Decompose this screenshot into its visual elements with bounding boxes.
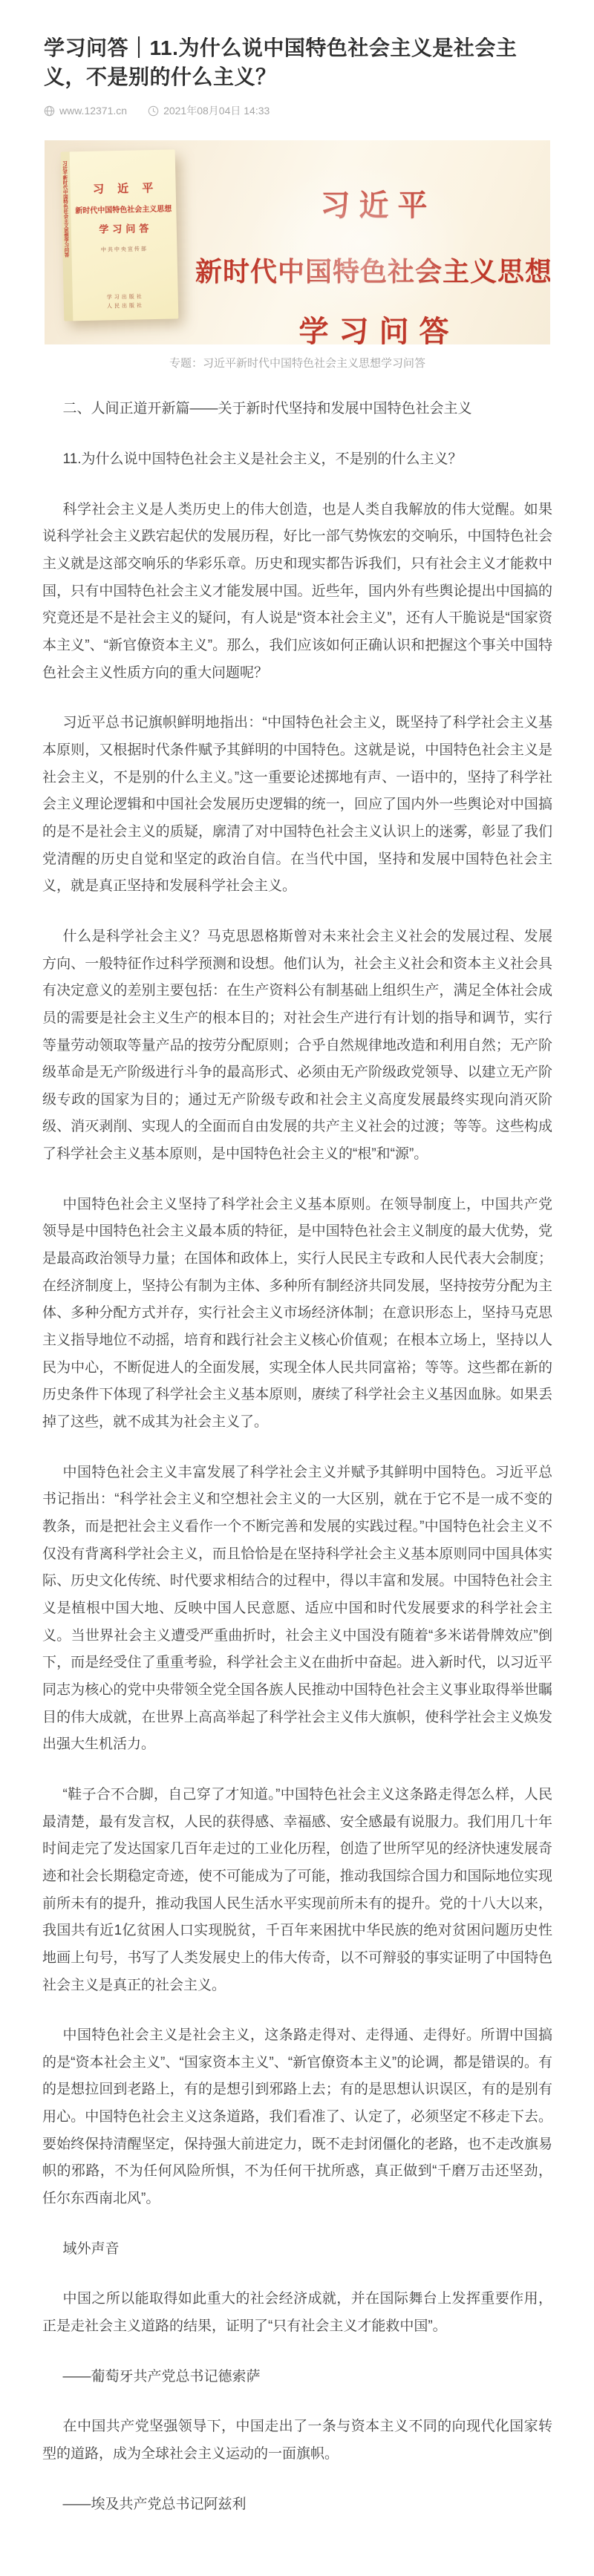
publish-datetime: 2021年08月04日 14:33 xyxy=(163,103,270,118)
paragraph: 中国特色社会主义坚持了科学社会主义基本原则。在领导制度上，中国共产党领导是中国特… xyxy=(42,1191,552,1436)
banner-caption[interactable]: 专题：习近平新时代中国特色社会主义思想学习问答 xyxy=(42,355,552,370)
banner-figure: 习近平新时代中国特色社会主义思想学习问答 习 近 平 新时代中国特色社会主义思想… xyxy=(42,140,552,370)
quote-paragraph: 在中国共产党坚强领导下，中国走出了一条与资本主义不同的向现代化国家转型的道路，成… xyxy=(42,2413,552,2468)
book-cover-image: 习近平新时代中国特色社会主义思想学习问答 习 近 平 新时代中国特色社会主义思想… xyxy=(61,150,179,321)
paragraph: “鞋子合不合脚，自己穿了才知道。”中国特色社会主义这条路走得怎么样，人民最清楚，… xyxy=(42,1782,552,1999)
quote-paragraph: 中国之所以能取得如此重大的社会经济成就，并在国际舞台上发挥重要作用，正是走社会主… xyxy=(42,2286,552,2340)
quote-attribution: ——葡萄牙共产党总书记德索萨 xyxy=(42,2364,552,2391)
banner-headlines: 习近平 新时代中国特色社会主义思想 学习问答 xyxy=(208,140,540,344)
source-text: www.12371.cn xyxy=(59,105,127,117)
subsection-heading: 域外声音 xyxy=(42,2236,552,2263)
banner-headline-3: 学习问答 xyxy=(299,308,460,344)
article-meta: www.12371.cn 2021年08月04日 14:33 xyxy=(44,103,552,118)
paragraph: 科学社会主义是人类历史上的伟大创造，也是人类自我解放的伟大觉醒。如果说科学社会主… xyxy=(42,497,552,687)
clock-icon xyxy=(148,105,159,117)
paragraph: 中国特色社会主义丰富发展了科学社会主义并赋予其鲜明中国特色。习近平总书记指出：“… xyxy=(42,1459,552,1759)
paragraph: 习近平总书记旗帜鲜明地指出：“中国特色社会主义，既坚持了科学社会主义基本原则，又… xyxy=(42,710,552,900)
globe-icon xyxy=(44,105,55,117)
quote-attribution: ——埃及共产党总书记阿兹利 xyxy=(42,2491,552,2519)
banner-image[interactable]: 习近平新时代中国特色社会主义思想学习问答 习 近 平 新时代中国特色社会主义思想… xyxy=(45,140,550,344)
banner-headline-1: 习近平 xyxy=(321,182,437,224)
book-title-sub: 学习问答 xyxy=(99,220,152,236)
book-front-cover: 习 近 平 新时代中国特色社会主义思想 学习问答 中共中央宣传部 学习出版社 人… xyxy=(70,150,179,321)
article-page: 学习问答｜11.为什么说中国特色社会主义是社会主义，不是别的什么主义？ www.… xyxy=(0,0,594,2576)
paragraph: 中国特色社会主义是社会主义，这条路走得对、走得通、走得好。所谓中国搞的是“资本社… xyxy=(42,2022,552,2213)
source-meta: www.12371.cn xyxy=(44,105,127,117)
section-heading: 二、人间正道开新篇——关于新时代坚持和发展中国特色社会主义 xyxy=(42,396,552,423)
book-title-author: 习 近 平 xyxy=(93,180,159,197)
book-editor: 中共中央宣传部 xyxy=(101,246,148,254)
article-body: 二、人间正道开新篇——关于新时代坚持和发展中国特色社会主义11.为什么说中国特色… xyxy=(42,396,552,2518)
page-title: 学习问答｜11.为什么说中国特色社会主义是社会主义，不是别的什么主义？ xyxy=(44,33,552,91)
question-heading: 11.为什么说中国特色社会主义是社会主义，不是别的什么主义？ xyxy=(42,446,552,474)
book-publisher-2: 人民出版社 xyxy=(107,302,144,312)
book-title-main: 新时代中国特色社会主义思想 xyxy=(75,203,172,216)
banner-headline-2: 新时代中国特色社会主义思想 xyxy=(195,251,550,289)
paragraph: 什么是科学社会主义？马克思恩格斯曾对未来社会主义社会的发展过程、发展方向、一般特… xyxy=(42,923,552,1168)
datetime-meta: 2021年08月04日 14:33 xyxy=(148,103,270,118)
